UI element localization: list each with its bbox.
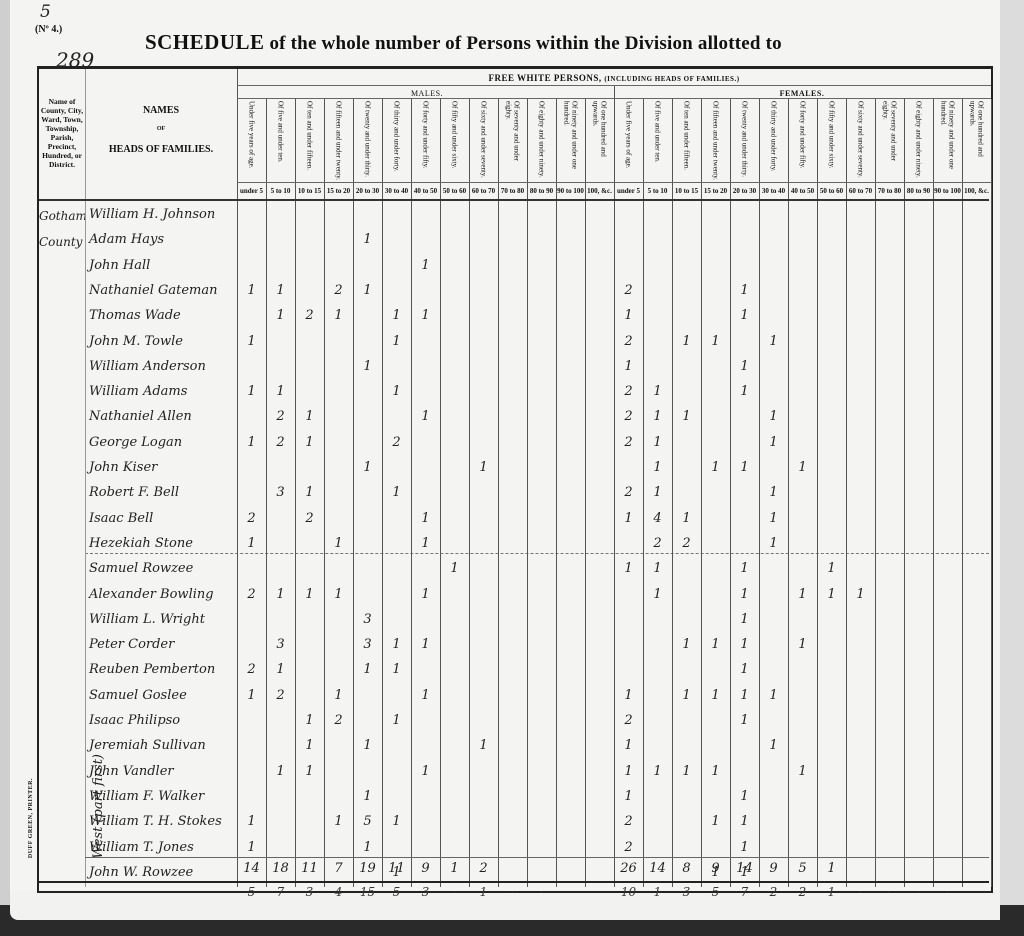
female-column-header: Of fifteen and under twenty. — [701, 99, 730, 181]
tally-cell: 3 — [266, 485, 295, 500]
tally-cell: 1 — [324, 814, 353, 829]
column-age-range: 10 to 15 — [672, 183, 701, 199]
tally-cell: 1 — [614, 738, 643, 753]
tally-cell: 1 — [643, 561, 672, 576]
tally-cell: 1 — [237, 688, 266, 703]
folio-top: 5 — [40, 2, 51, 22]
tally-cell: 1 — [846, 587, 875, 602]
column-header-label: Of seventy and under eighty. — [882, 101, 898, 181]
column-total: 1 — [440, 861, 469, 876]
column-header-label: Of fifty and under sixty. — [828, 101, 836, 168]
male-column-header: Of one hundred and upwards. — [585, 99, 614, 181]
tally-cell: 2 — [324, 713, 353, 728]
column-total: 9 — [411, 861, 440, 876]
column-subtotal: 2 — [759, 885, 788, 899]
female-column-header: Of thirty and under forty. — [759, 99, 788, 181]
column-header-label: Of thirty and under forty. — [393, 101, 401, 172]
tally-cell: 2 — [614, 713, 643, 728]
tally-cell: 1 — [266, 662, 295, 677]
column-age-range: 100, &c. — [962, 183, 991, 199]
head-of-family-name: William F. Walker — [89, 789, 204, 804]
tally-cell: 1 — [788, 637, 817, 652]
tally-cell: 1 — [614, 688, 643, 703]
tally-cell: 1 — [382, 637, 411, 652]
head-of-family-name: Robert F. Bell — [89, 485, 179, 500]
female-column-header: Of fifty and under sixty. — [817, 99, 846, 181]
column-age-range: 80 to 90 — [904, 183, 933, 199]
column-subtotal: 1 — [469, 885, 498, 899]
tally-cell: 1 — [788, 460, 817, 475]
column-subtotal: · — [440, 885, 469, 899]
tally-cell: 1 — [353, 460, 382, 475]
column-subtotal: 1 — [643, 885, 672, 899]
tally-cell: 1 — [614, 359, 643, 374]
column-divider — [846, 99, 847, 887]
head-of-family-name: Nathaniel Allen — [89, 409, 192, 424]
tally-cell: 1 — [382, 814, 411, 829]
column-subtotal: 3 — [295, 885, 324, 899]
tally-cell: 1 — [411, 587, 440, 602]
form-number: (Nº 4.) — [35, 24, 62, 35]
head-of-family-name: Isaac Philipso — [89, 713, 180, 728]
head-of-family-name: John Hall — [89, 258, 150, 273]
tally-cell: 1 — [730, 840, 759, 855]
column-age-range: 15 to 20 — [324, 183, 353, 199]
tally-cell: 1 — [411, 511, 440, 526]
column-header-label: Of seventy and under eighty. — [505, 101, 521, 181]
head-of-family-name: William H. Johnson — [89, 207, 215, 222]
column-header-label: Of sixty and under seventy. — [857, 101, 865, 178]
tally-cell: 1 — [353, 232, 382, 247]
column-age-range: 15 to 20 — [701, 183, 730, 199]
column-header-label: Of twenty and under thirty. — [741, 101, 749, 177]
county-column-header: Name of County, City, Ward, Town, Townsh… — [39, 97, 85, 169]
tally-cell: 1 — [730, 359, 759, 374]
column-age-range: 5 to 10 — [266, 183, 295, 199]
title-prefix: SCHEDULE — [145, 30, 265, 54]
column-header-label: Of ninety and under one hundred. — [563, 101, 579, 181]
tally-cell: 1 — [701, 688, 730, 703]
tally-cell: 1 — [730, 814, 759, 829]
tally-cell: 1 — [324, 536, 353, 551]
male-column-header: Of thirty and under forty. — [382, 99, 411, 181]
column-divider — [469, 99, 470, 887]
column-age-range: 20 to 30 — [730, 183, 759, 199]
tally-cell: 1 — [353, 840, 382, 855]
tally-cell: 1 — [643, 587, 672, 602]
tally-cell: 1 — [295, 738, 324, 753]
page-title: SCHEDULE of the whole number of Persons … — [145, 30, 782, 55]
male-column-header: Under five years of age. — [237, 99, 266, 181]
head-of-family-name: William T. Jones — [89, 840, 194, 855]
column-subtotal: · — [527, 885, 556, 899]
column-age-range: 60 to 70 — [846, 183, 875, 199]
head-of-family-name: William Adams — [89, 384, 187, 399]
tally-cell: 1 — [353, 789, 382, 804]
tally-cell: 1 — [266, 308, 295, 323]
male-column-header: Of fifty and under sixty. — [440, 99, 469, 181]
column-total: 18 — [266, 861, 295, 876]
tally-cell: 1 — [730, 587, 759, 602]
tally-cell: 1 — [237, 814, 266, 829]
column-header-label: Of eighty and under ninety. — [915, 101, 923, 178]
column-header-label: Under five years of age. — [248, 101, 256, 168]
tally-cell: 2 — [382, 435, 411, 450]
tally-cell: 1 — [788, 587, 817, 602]
tally-cell: 2 — [614, 485, 643, 500]
column-total: 9 — [759, 861, 788, 876]
column-header-label: Of ninety and under one hundred. — [940, 101, 956, 181]
head-of-family-name: Samuel Goslee — [89, 688, 187, 703]
column-age-range: under 5 — [237, 183, 266, 199]
column-age-range: 50 to 60 — [817, 183, 846, 199]
tally-cell: 2 — [614, 409, 643, 424]
column-header-label: Of fifty and under sixty. — [451, 101, 459, 168]
column-age-range: 5 to 10 — [643, 183, 672, 199]
tally-cell: 1 — [614, 789, 643, 804]
column-divider — [875, 99, 876, 887]
female-column-header: Under five years of age. — [614, 99, 643, 181]
column-age-range: under 5 — [614, 183, 643, 199]
column-divider — [991, 99, 992, 887]
names-column-header: NAMES OF HEADS OF FAMILIES. — [85, 105, 237, 155]
tally-cell: 1 — [411, 258, 440, 273]
column-subtotal: 4 — [324, 885, 353, 899]
tally-cell: 2 — [614, 840, 643, 855]
tally-cell: 2 — [295, 308, 324, 323]
column-header-label: Of fifteen and under twenty. — [335, 101, 343, 180]
tally-cell: 1 — [701, 460, 730, 475]
tally-cell: 1 — [614, 511, 643, 526]
tally-cell: 1 — [295, 587, 324, 602]
male-column-header: Of twenty and under thirty. — [353, 99, 382, 181]
column-divider — [498, 99, 499, 887]
column-age-range: 30 to 40 — [759, 183, 788, 199]
tally-cell: 1 — [730, 789, 759, 804]
column-subtotal: · — [498, 885, 527, 899]
column-divider — [324, 99, 325, 887]
tally-cell: 3 — [266, 637, 295, 652]
male-column-header: Of ten and under fifteen. — [295, 99, 324, 181]
column-age-range: 30 to 40 — [382, 183, 411, 199]
column-total: 11 — [382, 861, 411, 876]
column-header-label: Of twenty and under thirty. — [364, 101, 372, 177]
tally-cell: 1 — [817, 587, 846, 602]
tally-cell: 1 — [643, 764, 672, 779]
tally-cell: 1 — [730, 688, 759, 703]
tally-cell: 3 — [353, 637, 382, 652]
tally-cell: 2 — [643, 536, 672, 551]
tally-cell: 2 — [295, 511, 324, 526]
tally-cell: 1 — [672, 511, 701, 526]
tally-cell: 1 — [353, 662, 382, 677]
tally-cell: 1 — [469, 738, 498, 753]
tally-cell: 1 — [382, 308, 411, 323]
column-header-label: Under five years of age. — [625, 101, 633, 168]
tally-cell: 1 — [382, 485, 411, 500]
column-age-range: 70 to 80 — [875, 183, 904, 199]
column-age-range: 90 to 100 — [933, 183, 962, 199]
tally-cell: 1 — [237, 384, 266, 399]
names-header-line1: NAMES — [85, 105, 237, 116]
females-header: FEMALES. — [615, 89, 989, 98]
tally-cell: 2 — [266, 435, 295, 450]
tally-cell: 1 — [701, 764, 730, 779]
male-column-header: Of forty and under fifty. — [411, 99, 440, 181]
tally-cell: 1 — [353, 359, 382, 374]
section-divider — [85, 553, 989, 554]
column-header-label: Of forty and under fifty. — [799, 101, 807, 168]
tally-cell: 1 — [730, 612, 759, 627]
column-divider — [962, 99, 963, 887]
female-column-header: Of sixty and under seventy. — [846, 99, 875, 181]
tally-cell: 1 — [411, 409, 440, 424]
column-header-label: Of ten and under fifteen. — [306, 101, 314, 170]
head-of-family-name: William L. Wright — [89, 612, 205, 627]
tally-cell: 1 — [237, 536, 266, 551]
column-subtotal: 5 — [382, 885, 411, 899]
tally-cell: 1 — [643, 460, 672, 475]
head-of-family-name: Reuben Pemberton — [89, 662, 215, 677]
tally-cell: 1 — [643, 384, 672, 399]
tally-cell: 1 — [643, 435, 672, 450]
tally-cell: 1 — [382, 384, 411, 399]
printer-imprint: DUFF GREEN, PRINTER. — [28, 778, 34, 858]
head-of-family-name: Samuel Rowzee — [89, 561, 193, 576]
tally-cell: 1 — [237, 840, 266, 855]
column-age-range: 10 to 15 — [295, 183, 324, 199]
males-header: MALES. — [239, 89, 615, 98]
column-age-range: 70 to 80 — [498, 183, 527, 199]
tally-cell: 1 — [701, 637, 730, 652]
tally-cell: 1 — [295, 713, 324, 728]
tally-cell: 1 — [730, 308, 759, 323]
tally-cell: 2 — [614, 283, 643, 298]
tally-cell: 1 — [759, 435, 788, 450]
column-header-label: Of five and under ten. — [277, 101, 285, 163]
male-column-header: Of sixty and under seventy. — [469, 99, 498, 181]
head-of-family-name: Peter Corder — [89, 637, 174, 652]
header-rule — [39, 199, 989, 201]
tally-cell: 1 — [614, 764, 643, 779]
tally-cell: 1 — [411, 308, 440, 323]
head-of-family-name: Alexander Bowling — [89, 587, 214, 602]
tally-cell: 1 — [411, 688, 440, 703]
tally-cell: 1 — [672, 409, 701, 424]
column-divider — [585, 99, 586, 887]
column-header-label: Of one hundred and upwards. — [969, 101, 985, 181]
column-divider — [440, 99, 441, 887]
column-age-range: 60 to 70 — [469, 183, 498, 199]
column-total: 8 — [672, 861, 701, 876]
tally-cell: 1 — [672, 334, 701, 349]
bottom-rule — [39, 881, 989, 883]
county-name-line2: County — [39, 235, 82, 249]
tally-cell: 4 — [643, 511, 672, 526]
tally-cell: 1 — [643, 485, 672, 500]
tally-cell: 2 — [266, 409, 295, 424]
page-edge-left — [0, 0, 10, 936]
column-age-range: 90 to 100 — [556, 183, 585, 199]
tally-cell: 2 — [614, 435, 643, 450]
tally-cell: 1 — [730, 713, 759, 728]
column-divider — [817, 99, 818, 887]
tally-cell: 1 — [382, 662, 411, 677]
male-column-header: Of ninety and under one hundred. — [556, 99, 585, 181]
head-of-family-name: John W. Rowzee — [89, 865, 193, 880]
column-subtotal: 5 — [237, 885, 266, 899]
column-subtotal: 3 — [411, 885, 440, 899]
tally-cell: 1 — [730, 283, 759, 298]
head-of-family-name: Thomas Wade — [89, 308, 181, 323]
tally-cell: 2 — [614, 384, 643, 399]
column-age-range: 40 to 50 — [411, 183, 440, 199]
tally-cell: 1 — [295, 409, 324, 424]
names-header-line2: OF — [85, 126, 237, 132]
column-total: 26 — [614, 861, 643, 876]
tally-cell: 1 — [614, 561, 643, 576]
tally-cell: 2 — [324, 283, 353, 298]
column-divider — [353, 99, 354, 887]
column-total: 11 — [295, 861, 324, 876]
tally-cell: 1 — [701, 334, 730, 349]
tally-cell: 2 — [672, 536, 701, 551]
female-column-header: Of one hundred and upwards. — [962, 99, 991, 181]
tally-cell: 1 — [324, 587, 353, 602]
page-edge-right — [1000, 0, 1024, 936]
tally-cell: 1 — [759, 409, 788, 424]
male-column-header: Of seventy and under eighty. — [498, 99, 527, 181]
column-subtotal: 15 — [353, 885, 382, 899]
column-subtotal: · — [846, 885, 875, 899]
column-total: 19 — [353, 861, 382, 876]
tally-cell: 1 — [295, 485, 324, 500]
tally-cell: 1 — [759, 511, 788, 526]
female-column-header: Of ninety and under one hundred. — [933, 99, 962, 181]
female-column-header: Of twenty and under thirty. — [730, 99, 759, 181]
column-age-range: 80 to 90 — [527, 183, 556, 199]
column-total: 1 — [817, 861, 846, 876]
column-total: 14 — [643, 861, 672, 876]
column-subtotal: 7 — [266, 885, 295, 899]
male-column-header: Of eighty and under ninety. — [527, 99, 556, 181]
tally-cell: 1 — [730, 460, 759, 475]
tally-cell: 1 — [730, 637, 759, 652]
tally-cell: 1 — [324, 688, 353, 703]
tally-cell: 2 — [237, 662, 266, 677]
column-total: 9 — [701, 861, 730, 876]
head-of-family-name: Isaac Bell — [89, 511, 153, 526]
head-of-family-name: William Anderson — [89, 359, 206, 374]
column-total: 14 — [730, 861, 759, 876]
tally-cell: 2 — [266, 688, 295, 703]
column-total: 2 — [469, 861, 498, 876]
tally-cell: 1 — [237, 334, 266, 349]
column-subtotal: 3 — [672, 885, 701, 899]
tally-cell: 1 — [382, 334, 411, 349]
tally-cell: 1 — [266, 384, 295, 399]
female-column-header: Of five and under ten. — [643, 99, 672, 181]
tally-cell: 1 — [672, 764, 701, 779]
column-total: 5 — [788, 861, 817, 876]
tally-cell: 1 — [730, 561, 759, 576]
tally-cell: 2 — [614, 334, 643, 349]
column-header-label: Of thirty and under forty. — [770, 101, 778, 172]
tally-cell: 1 — [266, 764, 295, 779]
title-rest: of the whole number of Persons within th… — [265, 33, 782, 54]
tally-cell: 1 — [759, 536, 788, 551]
tally-cell: 1 — [614, 308, 643, 323]
head-of-family-name: Hezekiah Stone — [89, 536, 193, 551]
column-total: 7 — [324, 861, 353, 876]
column-header-label: Of eighty and under ninety. — [538, 101, 546, 178]
tally-cell: 1 — [817, 561, 846, 576]
free-white-sublabel: (INCLUDING HEADS OF FAMILIES.) — [604, 75, 739, 83]
schedule-table: FREE WHITE PERSONS, (INCLUDING HEADS OF … — [37, 66, 993, 893]
names-header-line3: HEADS OF FAMILIES. — [85, 144, 237, 155]
tally-cell: 1 — [643, 409, 672, 424]
column-total: 14 — [237, 861, 266, 876]
tally-cell: 1 — [672, 637, 701, 652]
tally-cell: 1 — [730, 384, 759, 399]
female-column-header: Of eighty and under ninety. — [904, 99, 933, 181]
tally-cell: 2 — [237, 511, 266, 526]
male-column-header: Of fifteen and under twenty. — [324, 99, 353, 181]
female-column-header: Of forty and under fifty. — [788, 99, 817, 181]
female-column-header: Of ten and under fifteen. — [672, 99, 701, 181]
head-of-family-name: Nathaniel Gateman — [89, 283, 218, 298]
female-column-header: Of seventy and under eighty. — [875, 99, 904, 181]
census-page: 5 (Nº 4.) 289 SCHEDULE of the whole numb… — [0, 0, 1024, 936]
tally-cell: 1 — [411, 637, 440, 652]
tally-cell: 1 — [469, 460, 498, 475]
column-subtotal: 5 — [701, 885, 730, 899]
head-of-family-name: Jeremiah Sullivan — [89, 738, 206, 753]
tally-cell: 1 — [237, 283, 266, 298]
head-of-family-name: John Kiser — [89, 460, 157, 475]
free-white-header: FREE WHITE PERSONS, (INCLUDING HEADS OF … — [239, 73, 989, 83]
tally-cell: 1 — [701, 814, 730, 829]
column-header-label: Of ten and under fifteen. — [683, 101, 691, 170]
tally-cell: 1 — [382, 713, 411, 728]
tally-cell: 3 — [353, 612, 382, 627]
column-subtotal: · — [933, 885, 962, 899]
column-divider — [904, 99, 905, 887]
tally-cell: 1 — [353, 283, 382, 298]
tally-cell: 1 — [788, 764, 817, 779]
head-of-family-name: George Logan — [89, 435, 182, 450]
column-age-range: 20 to 30 — [353, 183, 382, 199]
column-header-label: Of fifteen and under twenty. — [712, 101, 720, 180]
tally-cell: 5 — [353, 814, 382, 829]
column-divider — [730, 99, 731, 887]
tally-cell: 1 — [672, 688, 701, 703]
column-age-range: 50 to 60 — [440, 183, 469, 199]
column-subtotal: · — [904, 885, 933, 899]
tally-cell: 1 — [411, 764, 440, 779]
tally-cell: 1 — [759, 485, 788, 500]
tally-cell: 1 — [759, 334, 788, 349]
column-subtotal: 2 — [788, 885, 817, 899]
tally-cell: 1 — [440, 561, 469, 576]
tally-cell: 1 — [759, 688, 788, 703]
header-rule — [237, 85, 991, 86]
tally-cell: 1 — [759, 738, 788, 753]
tally-cell: 1 — [730, 662, 759, 677]
tally-cell: 1 — [266, 283, 295, 298]
column-header-label: Of five and under ten. — [654, 101, 662, 163]
head-of-family-name: William T. H. Stokes — [89, 814, 222, 829]
